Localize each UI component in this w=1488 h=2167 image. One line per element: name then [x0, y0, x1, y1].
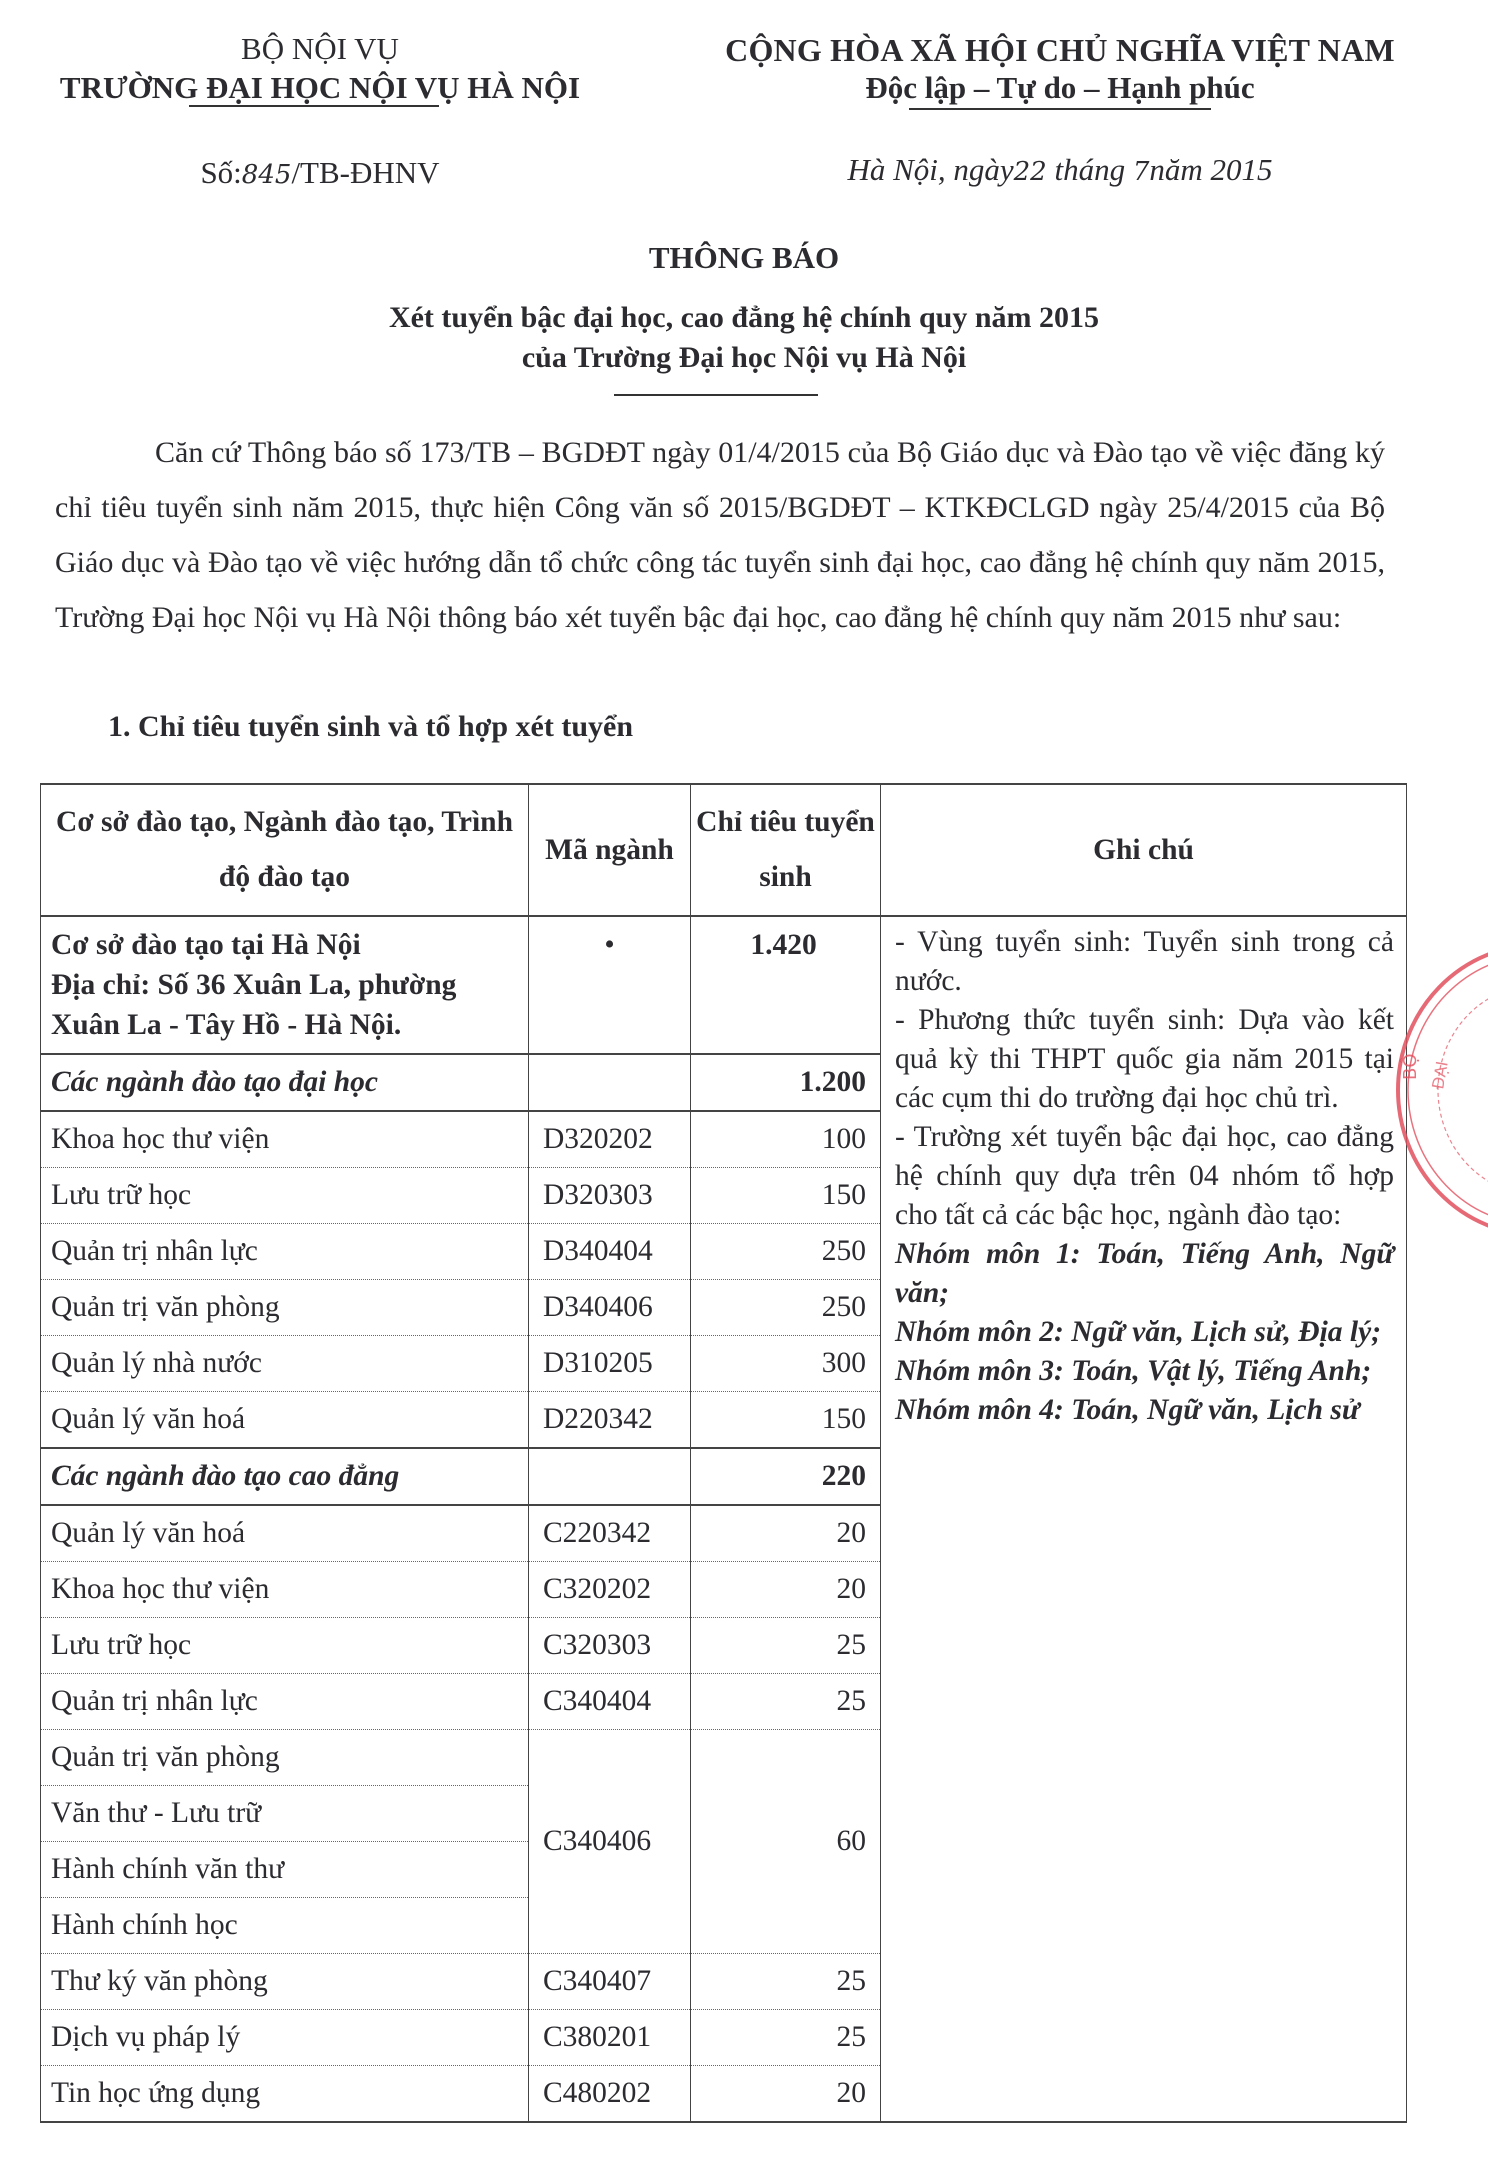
- issuer-header: BỘ NỘI VỤ TRƯỜNG ĐẠI HỌC NỘI VỤ HÀ NỘI: [0, 30, 640, 107]
- program-code: D310205: [529, 1336, 691, 1392]
- program-code: D340406: [529, 1280, 691, 1336]
- program-name: Quản trị nhân lực: [41, 1674, 529, 1730]
- group-quota: 1.200: [691, 1054, 881, 1111]
- note-region: - Vùng tuyển sinh: Tuyển sinh trong cả n…: [895, 923, 1394, 1001]
- title-underline: [614, 394, 818, 396]
- table-header-row: Cơ sở đào tạo, Ngành đào tạo, Trình độ đ…: [41, 784, 1407, 916]
- program-code: C340404: [529, 1674, 691, 1730]
- program-name: Thư ký văn phòng: [41, 1954, 529, 2010]
- campus-quota: 1.420: [691, 916, 881, 1054]
- program-name: Quản lý văn hoá: [41, 1392, 529, 1449]
- program-quota: 25: [691, 2010, 881, 2066]
- program-name: Khoa học thư viện: [41, 1111, 529, 1168]
- ministry-name: BỘ NỘI VỤ: [0, 30, 640, 68]
- group-code: [529, 1448, 691, 1505]
- section-heading-1: 1. Chỉ tiêu tuyển sinh và tổ hợp xét tuy…: [108, 710, 633, 744]
- issuer-underline: [189, 105, 439, 107]
- program-quota: 300: [691, 1336, 881, 1392]
- campus-name: Cơ sở đào tạo tại Hà Nội Địa chỉ: Số 36 …: [41, 916, 529, 1054]
- program-code: C340406: [529, 1730, 691, 1954]
- header-notes: Ghi chú: [881, 784, 1407, 916]
- program-quota: 20: [691, 1505, 881, 1562]
- campus-line-1: Cơ sở đào tạo tại Hà Nội: [51, 925, 518, 965]
- campus-row: Cơ sở đào tạo tại Hà Nội Địa chỉ: Số 36 …: [41, 916, 1407, 1054]
- national-motto: Độc lập – Tự do – Hạnh phúc: [640, 70, 1480, 106]
- official-seal-icon: BỘ ĐẠI: [1388, 940, 1488, 1240]
- doc-number-prefix: Số:: [200, 155, 241, 190]
- campus-code: •: [529, 916, 691, 1054]
- program-name: Hành chính học: [41, 1898, 529, 1954]
- subtitle-line-1: Xét tuyển bậc đại học, cao đẳng hệ chính…: [0, 298, 1488, 338]
- subject-group: Nhóm môn 2: Ngữ văn, Lịch sử, Địa lý;: [895, 1313, 1394, 1352]
- subtitle-line-2: của Trường Đại học Nội vụ Hà Nội: [0, 338, 1488, 378]
- place-date: Hà Nội, ngày22 tháng 7năm 2015: [640, 152, 1480, 188]
- svg-text:BỘ: BỘ: [1399, 1053, 1421, 1080]
- program-quota: 100: [691, 1111, 881, 1168]
- note-method: - Phương thức tuyển sinh: Dựa vào kết qu…: [895, 1001, 1394, 1118]
- header-code: Mã ngành: [529, 784, 691, 916]
- program-quota: 25: [691, 1674, 881, 1730]
- program-quota: 250: [691, 1280, 881, 1336]
- subject-group: Nhóm môn 3: Toán, Vật lý, Tiếng Anh;: [895, 1352, 1394, 1391]
- program-code: D320303: [529, 1168, 691, 1224]
- program-name: Quản lý nhà nước: [41, 1336, 529, 1392]
- program-code: C380201: [529, 2010, 691, 2066]
- quota-table: Cơ sở đào tạo, Ngành đào tạo, Trình độ đ…: [40, 783, 1407, 2123]
- program-quota: 20: [691, 1562, 881, 1618]
- program-quota: 250: [691, 1224, 881, 1280]
- program-name: Quản lý văn hoá: [41, 1505, 529, 1562]
- subject-group: Nhóm môn 1: Toán, Tiếng Anh, Ngữ văn;: [895, 1235, 1394, 1313]
- group-label: Các ngành đào tạo cao đẳng: [41, 1448, 529, 1505]
- program-quota: 60: [691, 1730, 881, 1954]
- place-date-prefix: Hà Nội, ngày: [847, 152, 1013, 187]
- program-code: D220342: [529, 1392, 691, 1449]
- header-program: Cơ sở đào tạo, Ngành đào tạo, Trình độ đ…: [41, 784, 529, 916]
- program-code: D320202: [529, 1111, 691, 1168]
- program-name: Quản trị nhân lực: [41, 1224, 529, 1280]
- doc-number-suffix: /TB-ĐHNV: [291, 155, 439, 190]
- group-quota: 220: [691, 1448, 881, 1505]
- school-name: TRƯỜNG ĐẠI HỌC NỘI VỤ HÀ NỘI: [0, 68, 640, 108]
- program-name: Hành chính văn thư: [41, 1842, 529, 1898]
- program-name: Quản trị văn phòng: [41, 1730, 529, 1786]
- program-name: Khoa học thư viện: [41, 1562, 529, 1618]
- program-name: Lưu trữ học: [41, 1168, 529, 1224]
- notice-title: THÔNG BÁO: [0, 240, 1488, 276]
- day-handwritten: 22: [1014, 157, 1047, 187]
- program-code: C220342: [529, 1505, 691, 1562]
- program-name: Lưu trữ học: [41, 1618, 529, 1674]
- program-code: C320202: [529, 1562, 691, 1618]
- program-quota: 25: [691, 1954, 881, 2010]
- program-quota: 25: [691, 1618, 881, 1674]
- notes-cell: - Vùng tuyển sinh: Tuyển sinh trong cả n…: [881, 916, 1407, 2122]
- month-handwritten: 7: [1133, 157, 1150, 187]
- program-name: Quản trị văn phòng: [41, 1280, 529, 1336]
- program-quota: 150: [691, 1168, 881, 1224]
- program-quota: 20: [691, 2066, 881, 2123]
- month-label: tháng: [1047, 152, 1133, 187]
- program-code: D340404: [529, 1224, 691, 1280]
- note-basis: - Trường xét tuyển bậc đại học, cao đẳng…: [895, 1118, 1394, 1235]
- group-label: Các ngành đào tạo đại học: [41, 1054, 529, 1111]
- campus-address-2: Xuân La - Tây Hồ - Hà Nội.: [51, 1005, 518, 1045]
- svg-text:ĐẠI: ĐẠI: [1428, 1060, 1452, 1091]
- nation-name: CỘNG HÒA XÃ HỘI CHỦ NGHĨA VIỆT NAM: [640, 30, 1480, 70]
- program-code: C320303: [529, 1618, 691, 1674]
- program-name: Văn thư - Lưu trữ: [41, 1786, 529, 1842]
- year-label: năm 2015: [1149, 152, 1272, 187]
- program-code: C340407: [529, 1954, 691, 2010]
- doc-number-handwritten: 845: [242, 160, 292, 190]
- program-code: C480202: [529, 2066, 691, 2123]
- national-header: CỘNG HÒA XÃ HỘI CHỦ NGHĨA VIỆT NAM Độc l…: [640, 30, 1480, 110]
- program-name: Tin học ứng dụng: [41, 2066, 529, 2123]
- document-number: Số:845/TB-ĐHNV: [0, 155, 640, 191]
- intro-paragraph: Căn cứ Thông báo số 173/TB – BGDĐT ngày …: [55, 425, 1385, 645]
- program-quota: 150: [691, 1392, 881, 1449]
- program-name: Dịch vụ pháp lý: [41, 2010, 529, 2066]
- motto-underline: [909, 108, 1211, 110]
- subject-group: Nhóm môn 4: Toán, Ngữ văn, Lịch sử: [895, 1391, 1394, 1430]
- campus-address-1: Địa chỉ: Số 36 Xuân La, phường: [51, 965, 518, 1005]
- header-quota: Chỉ tiêu tuyển sinh: [691, 784, 881, 916]
- group-code: [529, 1054, 691, 1111]
- notice-subtitle: Xét tuyển bậc đại học, cao đẳng hệ chính…: [0, 298, 1488, 378]
